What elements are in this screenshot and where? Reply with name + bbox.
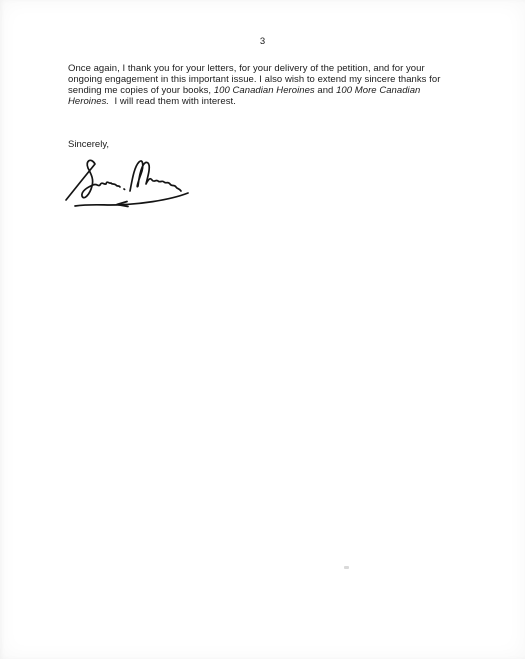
paragraph-line: ongoing engagement in this important iss… [68, 74, 440, 85]
signature-stroke [66, 160, 120, 200]
signature-stroke [130, 161, 181, 191]
letter-body: Once again, I thank you for your letters… [68, 63, 440, 107]
signature-underline [75, 193, 188, 206]
paragraph-line: Heroines. I will read them with interest… [68, 96, 440, 107]
body-text-segment: I will read them with interest. [109, 96, 236, 107]
closing-salutation: Sincerely, [68, 139, 109, 150]
handwritten-signature [62, 155, 196, 209]
letter-page: 3 Once again, I thank you for your lette… [0, 0, 525, 659]
page-number: 3 [0, 36, 525, 47]
book-title: 100 More Canadian [336, 85, 420, 96]
paragraph-line: sending me copies of your books, 100 Can… [68, 85, 440, 96]
paragraph-line: Once again, I thank you for your letters… [68, 63, 440, 74]
body-text-segment: sending me copies of your books, [68, 85, 214, 96]
book-title: 100 Canadian Heroines [214, 85, 315, 96]
scan-artifact-speck [344, 566, 349, 569]
body-text-segment: Once again, I thank you for your letters… [68, 63, 425, 74]
body-text-segment: and [315, 85, 336, 96]
body-text-segment: ongoing engagement in this important iss… [68, 74, 440, 85]
book-title: Heroines. [68, 96, 109, 107]
